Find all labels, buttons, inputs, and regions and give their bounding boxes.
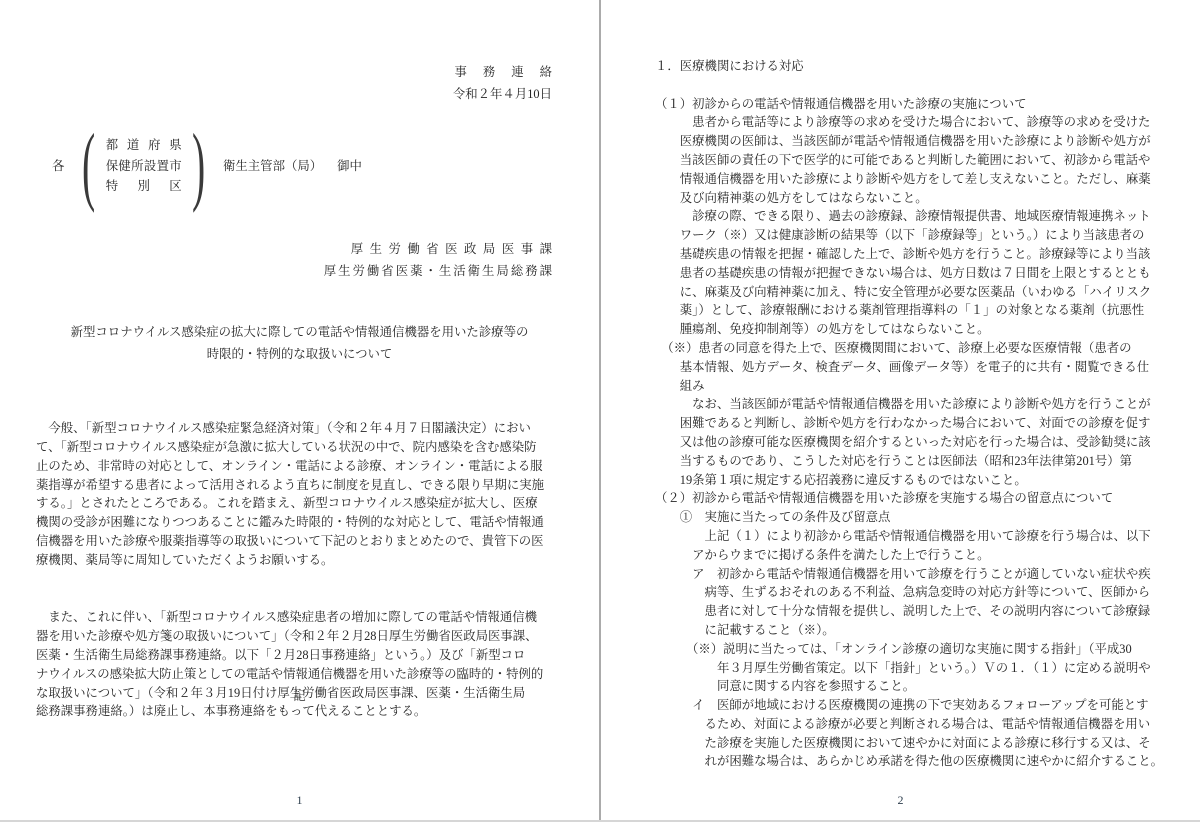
doc-title-line: 新型コロナウイルス感染症の拡大に際しての電話や情報通信機器を用いた診療等の — [0, 322, 599, 344]
doc-type-label: 事務連絡 — [454, 63, 568, 82]
doc-title: 新型コロナウイルス感染症の拡大に際しての電話や情報通信機器を用いた診療等の 時限… — [0, 322, 599, 365]
recipient-item: 特別区 — [106, 176, 182, 197]
recipient-item: 保健所設置市 — [106, 156, 182, 177]
document-page-2: １．医療機関における対応 （１）初診からの電話や情報通信機器を用いた診療の実施に… — [601, 0, 1200, 822]
bracket-close-glyph: ) — [192, 131, 205, 201]
page-number-2: 2 — [601, 791, 1200, 810]
sender-line: 厚生労働省医政局医事課 — [324, 239, 559, 261]
sender-line: 厚生労働省医薬・生活衛生局総務課 — [324, 261, 554, 283]
recipient-honorific: 御中 — [337, 157, 362, 176]
recipient-item: 都道府県 — [106, 135, 182, 156]
bracket-open-glyph: ( — [82, 131, 95, 201]
recipient-department: 衛生主管部（局） — [223, 157, 322, 176]
document-viewer: 事務連絡 令和２年４月10日 各 ( 都道府県 保健所設置市 特別区 ) 衛生主… — [0, 0, 1200, 822]
recipient-prefix: 各 — [52, 157, 64, 176]
page-number-1: 1 — [0, 791, 599, 810]
doc-title-line: 時限的・特例的な取扱いについて — [0, 344, 599, 366]
page2-body: １．医療機関における対応 （１）初診からの電話や情報通信機器を用いた診療の実施に… — [655, 57, 1163, 771]
document-page-1: 事務連絡 令和２年４月10日 各 ( 都道府県 保健所設置市 特別区 ) 衛生主… — [0, 0, 599, 822]
recipient-block: 各 ( 都道府県 保健所設置市 特別区 ) 衛生主管部（局） 御中 — [52, 131, 362, 201]
sender-block: 厚生労働省医政局医事課 厚生労働省医薬・生活衛生局総務課 — [324, 239, 552, 282]
ki-marker: 記 — [0, 687, 599, 706]
recipient-list: 都道府県 保健所設置市 特別区 — [106, 135, 182, 197]
paragraph: 今般、「新型コロナウイルス感染症緊急経済対策」（令和２年４月７日閣議決定）におい… — [36, 419, 544, 570]
doc-date: 令和２年４月10日 — [453, 85, 552, 104]
